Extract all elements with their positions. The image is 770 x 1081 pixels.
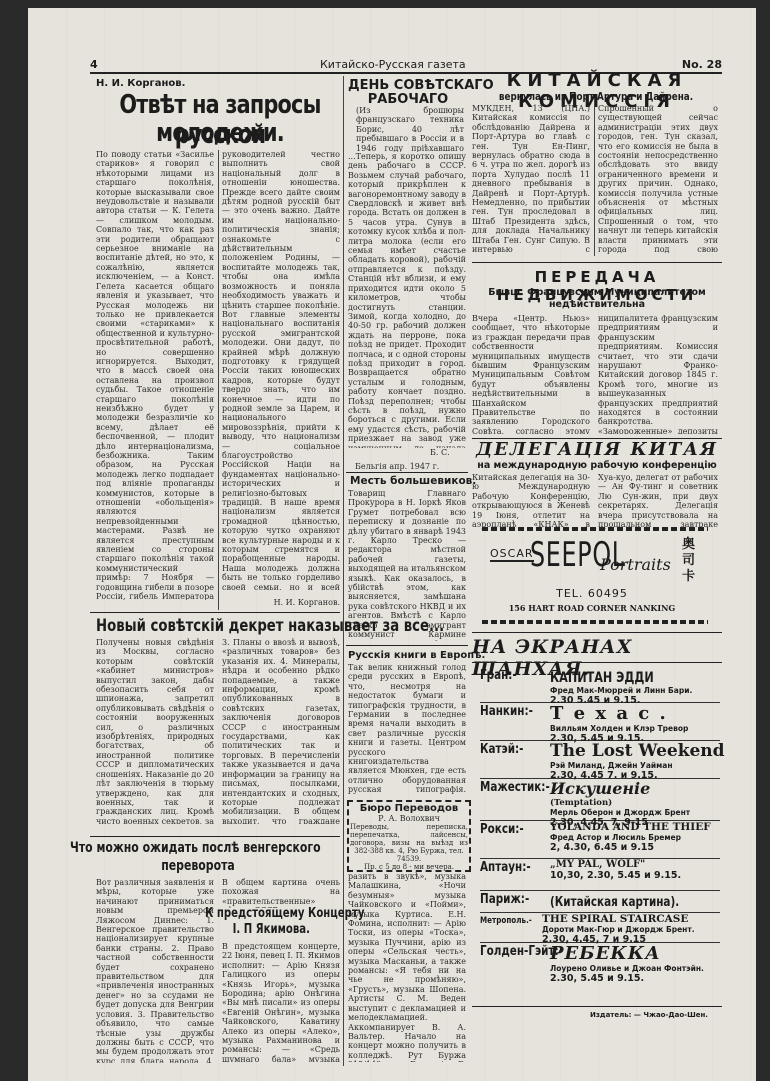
film-cast: Вилльям Холден и Клэр Тревор xyxy=(550,724,688,733)
worker-headline-1: ДЕНЬ СОВѢТСКАГО xyxy=(348,78,468,93)
concert-headline-1: К предстоящему Концерту xyxy=(205,906,338,921)
worker-signature: Б. С. xyxy=(430,448,450,457)
concert-column-1: В предстоящем концерте, 22 Іюня, певец І… xyxy=(222,942,340,1062)
cinema-name: Катэй:- xyxy=(480,742,523,757)
film-showtimes: 2.30, 5.45 и 9.15. xyxy=(550,973,704,984)
ad-brand-script: Portraits xyxy=(600,555,671,574)
cinema-name: Аптаун:- xyxy=(480,860,531,875)
bureau-address: 382-388 кв. 4, Рю Буржа, тел. 74539. xyxy=(350,847,468,863)
bureau-services: Переводы, переписка, перепечатка, лайсен… xyxy=(350,823,468,847)
property-subheadline-1: Бывш. Французским Муниципалитетом xyxy=(472,287,722,298)
cinema-name: Мажестик:- xyxy=(480,780,550,795)
books-body: Так велик книжный голод среди русских в … xyxy=(348,663,466,795)
youth-headline-2: молодежи. xyxy=(100,118,340,148)
youth-column-1: По поводу статьи «Засилье стариков» я го… xyxy=(96,150,214,600)
commission-subheadline: вернулась из Порт Артура и Дайрена. xyxy=(472,90,720,103)
film-title: (Китайская картина). xyxy=(550,895,679,910)
section-rule xyxy=(90,836,340,837)
cinema-listing: Гран:-КАПИТАН ЭДДИФред Мак-Мюррей и Линн… xyxy=(480,666,720,703)
column-divider xyxy=(218,150,219,610)
ad-chinese-name: 奥司卡 xyxy=(682,537,696,585)
film-subtitle: (Temptation) xyxy=(550,798,690,808)
property-column-2: ниципалитета французским предприятиям и … xyxy=(598,314,718,434)
page-header: 4 Китайско-Русская газета No. 28 xyxy=(90,58,722,70)
cinema-listing: Голден-Гэйт:-РЕБЕККАЛоурено Оливье и Джо… xyxy=(480,942,720,1006)
section-rule xyxy=(346,472,468,473)
section-rule xyxy=(472,262,722,263)
page-number: 4 xyxy=(90,58,98,71)
commission-column-2: Спрошенный о существующей сейчас админис… xyxy=(598,104,718,254)
film-showtimes: 10,30, 2.30, 5.45 и 9.15. xyxy=(550,870,681,881)
film-cast: Дороти Мак-Гюр и Джордж Брент. xyxy=(542,925,695,934)
hungary-column-1: Вот различныя заявленія и мѣры, которые … xyxy=(96,878,214,1063)
cinema-listing: Нанкин:-Т е х а с .Вилльям Холден и Клэр… xyxy=(480,702,720,741)
cinema-name: Нанкин:- xyxy=(480,704,533,719)
publisher-line: Издатель: — Чжао-Дао-Шен. xyxy=(590,1011,708,1019)
ad-brand-small: OSCAR xyxy=(490,547,534,562)
film-info: „MY PAL, WOLF"10,30, 2.30, 5.45 и 9.15. xyxy=(550,859,681,881)
cinema-listing: Мажестик:-Искушеніе(Temptation)Мерль Обе… xyxy=(480,778,720,821)
youth-signature: Н. И. Корганов. xyxy=(270,598,340,607)
delegation-column-2: Хуа-куо, делегат от рабочих — Ан Фу-тинг… xyxy=(598,473,718,529)
film-cast: Фред Мак-Мюррей и Линн Бари. xyxy=(550,686,692,695)
concert-headline-2: І. П Якимова. xyxy=(205,922,338,937)
youth-byline: Н. И. Корганов. xyxy=(96,78,185,89)
decree-column-2: 3. Планы о ввозѣ и вывозѣ, «различных то… xyxy=(222,638,340,824)
film-title: КАПИТАН ЭДДИ xyxy=(550,670,654,686)
cinema-listing: Париж:-(Китайская картина). xyxy=(480,890,720,913)
section-rule xyxy=(90,612,340,613)
ad-address: 156 HART ROAD CORNER NANKING xyxy=(482,603,702,613)
film-info: Т е х а с .Вилльям Холден и Клэр Тревор2… xyxy=(550,703,688,744)
film-title: The Lost Weekend xyxy=(550,741,725,761)
film-info: РЕБЕККАЛоурено Оливье и Джоан Фонтэйн.2.… xyxy=(550,943,704,984)
decree-headline: Новый совѣтскій декрет наказывает за все… xyxy=(96,616,444,636)
decree-column-1: Получены новыя свѣдѣнія из Москвы, согла… xyxy=(96,638,214,824)
section-rule xyxy=(472,632,722,633)
worker-dateline: Бельгія апр. 1947 г. xyxy=(355,462,439,471)
ad-phone: TEL. 60495 xyxy=(482,587,702,600)
film-title: „MY PAL, WOLF" xyxy=(550,859,681,870)
delegation-column-1: Китайская делегація на 30-ю Международну… xyxy=(472,473,590,529)
bureau-owner: Р. А. Волохвич xyxy=(350,814,468,823)
hungary-headline-1: Что можно ожидать послѣ венгерского xyxy=(70,840,320,856)
cinema-listing: Рокси:-YOLANDA AND THE THIEFФред Астор и… xyxy=(480,820,720,859)
delegation-subheadline: на международную рабочую конференцію xyxy=(472,460,722,471)
hungary-column-2: В общем картина очень похожая на «правит… xyxy=(222,878,340,908)
translation-bureau-ad: Бюро Переводов Р. А. Волохвич Переводы, … xyxy=(347,800,471,872)
film-title: THE SPIRAL STAIRCASE xyxy=(542,913,695,925)
film-cast: Мерль Оберон и Джордж Брент xyxy=(550,808,690,817)
photo-studio-ad: OSCAR SEEPOL Portraits 奥司卡 TEL. 60495 15… xyxy=(482,531,722,619)
paper-title: Китайско-Русская газета xyxy=(320,58,466,71)
cinema-name: Гран:- xyxy=(480,668,517,683)
cinema-name: Метрополь.- xyxy=(480,916,532,926)
film-cast: Рэй Миланд, Джейн Уайман xyxy=(550,761,725,770)
section-rule xyxy=(346,645,468,646)
revenge-headline: Месть большевиков. xyxy=(350,475,476,487)
cinema-listing: Метрополь.-THE SPIRAL STAIRCASEДороти Ма… xyxy=(480,912,720,943)
books-headline: Русскія книги в Европѣ. xyxy=(348,650,485,661)
commission-column-1: МУКДЕН, 13 (ЦНА.) Китайская комиссія по … xyxy=(472,104,590,254)
youth-column-2: руководителей честно выполнить свой наці… xyxy=(222,150,340,590)
film-info: THE SPIRAL STAIRCASEДороти Мак-Гюр и Джо… xyxy=(542,913,695,945)
film-info: КАПИТАН ЭДДИФред Мак-Мюррей и Линн Бари.… xyxy=(550,667,692,706)
film-info: YOLANDA AND THE THIEFФред Астор и Люсиль… xyxy=(550,821,711,853)
property-subheadline-2: недѣйствительна xyxy=(472,299,722,310)
cinema-listing: Аптаун:-„MY PAL, WOLF"10,30, 2.30, 5.45 … xyxy=(480,858,720,891)
concert-column-2: разить в звукѣ», музыка Малашкина, «Ночи… xyxy=(348,872,466,1062)
film-cast: Фред Астор и Люсиль Бремер xyxy=(550,833,711,842)
worker-body: ...Теперь, я коротко опишу день рабочаго… xyxy=(348,152,466,448)
bureau-title: Бюро Переводов xyxy=(350,803,468,814)
film-cast: Лоурено Оливье и Джоан Фонтэйн. xyxy=(550,964,704,973)
film-title: Т е х а с . xyxy=(550,703,688,724)
cinema-name: Париж:- xyxy=(480,892,529,907)
ad-border-bottom xyxy=(482,620,708,624)
property-column-1: Вчера «Центр. Ньюз» сообщает, что нѣкото… xyxy=(472,314,590,434)
film-title: Искушеніе xyxy=(550,779,690,798)
section-rule xyxy=(472,1006,722,1007)
delegation-headline: ДЕЛЕГАЦІЯ КИТАЯ xyxy=(472,439,722,460)
cinema-name: Рокси:- xyxy=(480,822,524,837)
film-showtimes: 2, 4.30, 6.45 и 9.15 xyxy=(550,842,711,853)
worker-subtitle: (Из брошюры французскаго техника Борис, … xyxy=(356,106,464,152)
cinema-listing: Катэй:-The Lost WeekendРэй Миланд, Джейн… xyxy=(480,740,720,779)
worker-headline-2: РАБОЧАГО xyxy=(348,92,468,107)
hungary-headline-2: переворота xyxy=(120,858,276,874)
section-rule xyxy=(472,662,722,663)
column-divider xyxy=(594,104,595,256)
film-info: The Lost WeekendРэй Миланд, Джейн Уайман… xyxy=(550,741,725,781)
film-info: (Китайская картина). xyxy=(550,891,711,910)
film-title: YOLANDA AND THE THIEF xyxy=(550,821,711,833)
bureau-hours: Пр. с 5 до 8 - ми вечера. xyxy=(350,863,468,871)
film-title: РЕБЕККА xyxy=(550,943,704,964)
